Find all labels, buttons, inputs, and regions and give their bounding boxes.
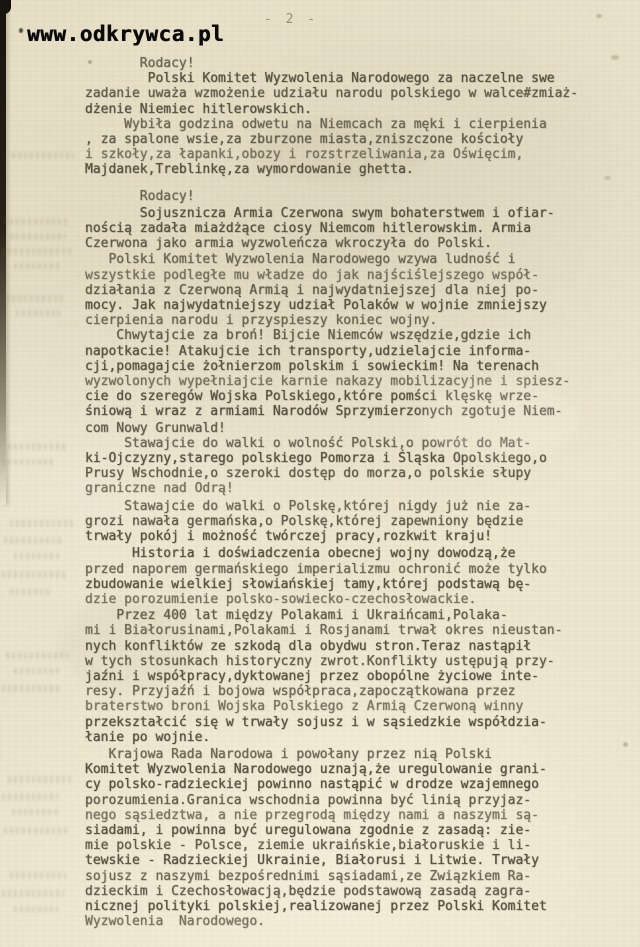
text-line: mie polskie - Polsce, ziemie ukraińskie,… [85,838,605,853]
paper-speck [88,60,92,64]
bleed-through-smudge [12,152,74,159]
bleed-through-smudge [2,685,60,692]
text-line: zadanie uważa wzmożenie udziału narodu p… [85,86,605,101]
text-line: dżenie Niemiec hitlerowskich. [85,102,605,117]
text-line: cji,pomagajcie żołnierzom polskim i sowi… [85,359,605,374]
bleed-through-smudge [8,776,74,783]
bleed-through-smudge [10,872,66,879]
text-line: łanie po wojnie. [85,730,605,745]
text-line: napotkacie! Atakujcie ich transporty,udz… [85,344,605,359]
text-line: Stawajcie do walki o Polskę,której nigdy… [85,499,605,514]
text-line: siadami, i powinna być uregulowana zgodn… [85,823,605,838]
text-line: przed naporem germańskiego imperializmu … [85,562,605,577]
text-line: Prusy Wschodnie,o szeroki dostęp do morz… [85,466,605,481]
text-line: porozumienia.Granica wschodnia powinna b… [85,793,605,808]
text-line: nością zadała miażdżące ciosy Niemcom hi… [85,221,605,236]
text-line: trwały pokój i możność twórczej pracy,ro… [85,529,605,544]
bleed-through-smudge [4,537,62,544]
text-line: tewskie - Radzieckiej Ukrainie, Białorus… [85,853,605,868]
text-line: Polski Komitet Wyzwolenia Narodowego wzy… [85,252,605,267]
document-text: Rodacy! Polski Komitet Wyzwolenia Narodo… [85,56,605,929]
bleed-through-smudge [6,295,66,302]
text-line: grozi nawała germańska,o Polskę,której z… [85,514,605,529]
bleed-through-smudge [14,263,62,269]
paper-speck [596,14,602,18]
watermark-url: www.odkrywca.pl [27,24,224,45]
text-line: przekształcić się w trwały sojusz i w są… [85,715,605,730]
bleed-through-smudge [4,827,68,834]
text-line: cierpienia narodu i przyspieszy koniec w… [85,313,605,328]
bleed-through-smudge [2,248,72,255]
text-line: działania z Czerwoną Armią i najwydatnie… [85,283,605,298]
text-line: mocy. Jak najwydatniejszy udział Polaków… [85,298,605,313]
bleed-through-smudge [2,890,64,897]
bleed-through-smudge [14,553,60,559]
bleed-through-smudge [2,793,58,800]
bleed-through-smudge [6,652,68,659]
text-line: wszystkie podległe mu władze do jak najś… [85,268,605,283]
text-line: resy. Przyjaźń i bojowa współpraca,zapoc… [85,684,605,699]
text-line: dzieckim i Czechosłowacją,będzie podstaw… [85,884,605,899]
page-number: - 2 - [264,13,318,26]
bleed-through-smudge [2,571,68,578]
text-line: zbudowanie wielkiej słowiańskiej tamy,kt… [85,577,605,592]
bleed-through-smudge [16,310,60,316]
text-line: Krajowa Rada Narodowa i powołany przez n… [85,747,605,762]
paper-speck [19,28,23,33]
bleed-through-smudge [10,589,50,595]
text-line: cy polsko-radzieckiej powinno nastąpić w… [85,777,605,792]
text-line: Rodacy! [85,56,605,71]
text-line: Czerwona jako armia wyzwoleńcza wkroczył… [85,236,605,251]
paper-stain [60,600,200,690]
bleed-through-smudge [4,218,70,225]
text-line: nicznej polityki polskiej,realizowanej p… [85,899,605,914]
paper-speck [604,176,611,180]
text-line: braterstwo broni Wojska Polskiego z Armi… [85,699,605,714]
text-line: Historia i doświadczenia obecnej wojny d… [85,546,605,561]
paper-stain [420,380,580,460]
bleed-through-smudge [14,668,60,674]
bleed-through-smudge [8,443,68,450]
bleed-through-smudge [14,906,58,912]
text-line: Wyzwolenia Narodowego. [85,914,605,929]
bleed-through-smudge [10,233,66,240]
text-line: nego sąsiedztwa, a nie przegrodą między … [85,808,605,823]
text-line: sojusz z naszymi bezpośrednimi sąsiadami… [85,869,605,884]
paper-speck [623,742,628,747]
bleed-through-smudge [12,809,60,815]
text-line: Sojusznicza Armia Czerwona swym bohaters… [85,206,605,221]
text-line: Komitet Wyzwolenia Narodowego uznają,że … [85,762,605,777]
paper-stain [250,120,430,180]
text-line: Rodacy! [85,189,605,204]
bleed-through-smudge [10,520,74,527]
text-line: graniczne nad Odrą! [85,481,605,496]
scanned-document-page: - 2 - www.odkrywca.pl Rodacy! Polski Kom… [0,0,640,947]
text-line: Chwytajcie za broń! Bijcie Niemców wszęd… [85,328,605,343]
bleed-through-smudge [2,459,54,465]
paper-speck [611,55,619,60]
text-line: Polski Komitet Wyzwolenia Narodowego za … [85,71,605,86]
